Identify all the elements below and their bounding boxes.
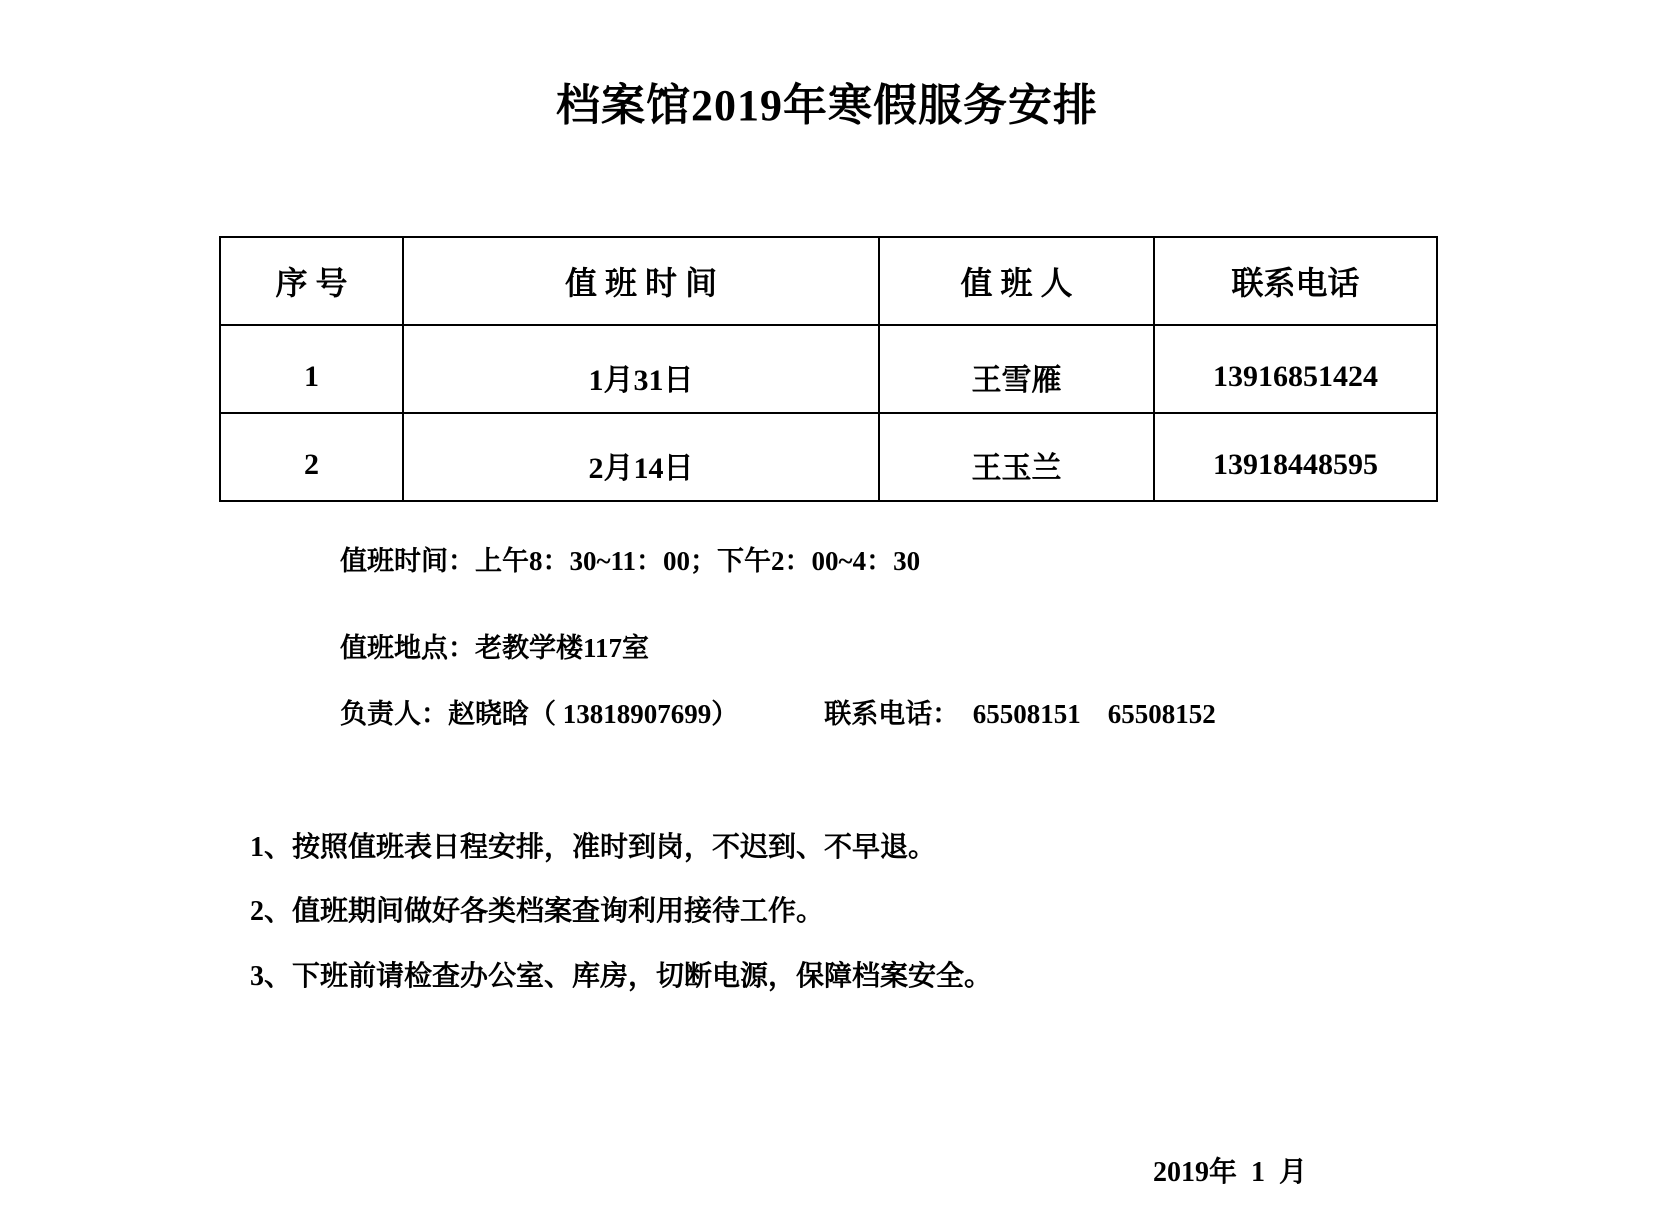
cell-text: 王雪雁: [972, 364, 1062, 397]
cell-text: 1: [304, 360, 319, 393]
cell-date: 1月31日: [403, 325, 879, 413]
document-date: 2019年 1 月: [1153, 1154, 1307, 1192]
duty-location-note: 值班地点：老教学楼117室: [340, 630, 649, 666]
date-year-unit: 年: [1209, 1157, 1237, 1188]
duty-hours-note: 值班时间：上午8：30~11：00；下午2：00~4：30: [340, 543, 920, 579]
cell-index: 2: [220, 413, 403, 501]
cell-text: 2: [304, 448, 319, 481]
supervisor-note: 负责人：赵晓晗（ 13818907699）联系电话： 65508151 6550…: [340, 696, 1216, 732]
cell-text: 王玉兰: [972, 452, 1062, 485]
cell-index: 1: [220, 325, 403, 413]
cell-phone: 13916851424: [1154, 325, 1437, 413]
table-row: 1 1月31日 王雪雁 13916851424: [220, 325, 1437, 413]
header-index: 序 号: [220, 237, 403, 325]
cell-text: 1月31日: [589, 364, 694, 397]
rule-item: 1、按照值班表日程安排，准时到岗，不迟到、不早退。: [250, 829, 936, 867]
duty-location-value: 老教学楼117室: [475, 633, 649, 663]
page-title: 档案馆2019年寒假服务安排: [0, 78, 1654, 134]
duty-hours-label: 值班时间：: [340, 546, 475, 576]
rule-item: 2、值班期间做好各类档案查询利用接待工作。: [250, 893, 824, 931]
cell-person: 王雪雁: [879, 325, 1154, 413]
header-label: 联系电话: [1231, 265, 1359, 301]
table-header-row: 序 号 值 班 时 间 值 班 人 联系电话: [220, 237, 1437, 325]
header-duty-person: 值 班 人: [879, 237, 1154, 325]
duty-schedule-table: 序 号 值 班 时 间 值 班 人 联系电话 1 1月31日 王雪雁 13916…: [219, 236, 1438, 502]
rule-item: 3、下班前请检查办公室、库房，切断电源，保障档案安全。: [250, 958, 992, 996]
date-year: 2019: [1153, 1157, 1209, 1188]
header-label: 序 号: [275, 265, 347, 301]
cell-person: 王玉兰: [879, 413, 1154, 501]
duty-location-label: 值班地点：: [340, 633, 475, 663]
contact-label: 联系电话：: [824, 699, 959, 729]
cell-text: 2月14日: [589, 452, 694, 485]
cell-date: 2月14日: [403, 413, 879, 501]
table-row: 2 2月14日 王玉兰 13918448595: [220, 413, 1437, 501]
header-duty-time: 值 班 时 间: [403, 237, 879, 325]
cell-text: 13918448595: [1213, 448, 1378, 481]
header-label: 值 班 人: [960, 265, 1072, 301]
supervisor-value: 赵晓晗（ 13818907699）: [448, 699, 738, 729]
date-month-unit: 月: [1279, 1157, 1307, 1188]
contact-phone-2: 65508152: [1108, 699, 1216, 729]
header-phone: 联系电话: [1154, 237, 1437, 325]
duty-hours-value: 上午8：30~11：00；下午2：00~4：30: [475, 546, 920, 576]
contact-phone-1: 65508151: [973, 699, 1081, 729]
cell-phone: 13918448595: [1154, 413, 1437, 501]
date-month: 1: [1251, 1157, 1265, 1188]
cell-text: 13916851424: [1213, 360, 1378, 393]
supervisor-label: 负责人：: [340, 699, 448, 729]
header-label: 值 班 时 间: [565, 265, 717, 301]
